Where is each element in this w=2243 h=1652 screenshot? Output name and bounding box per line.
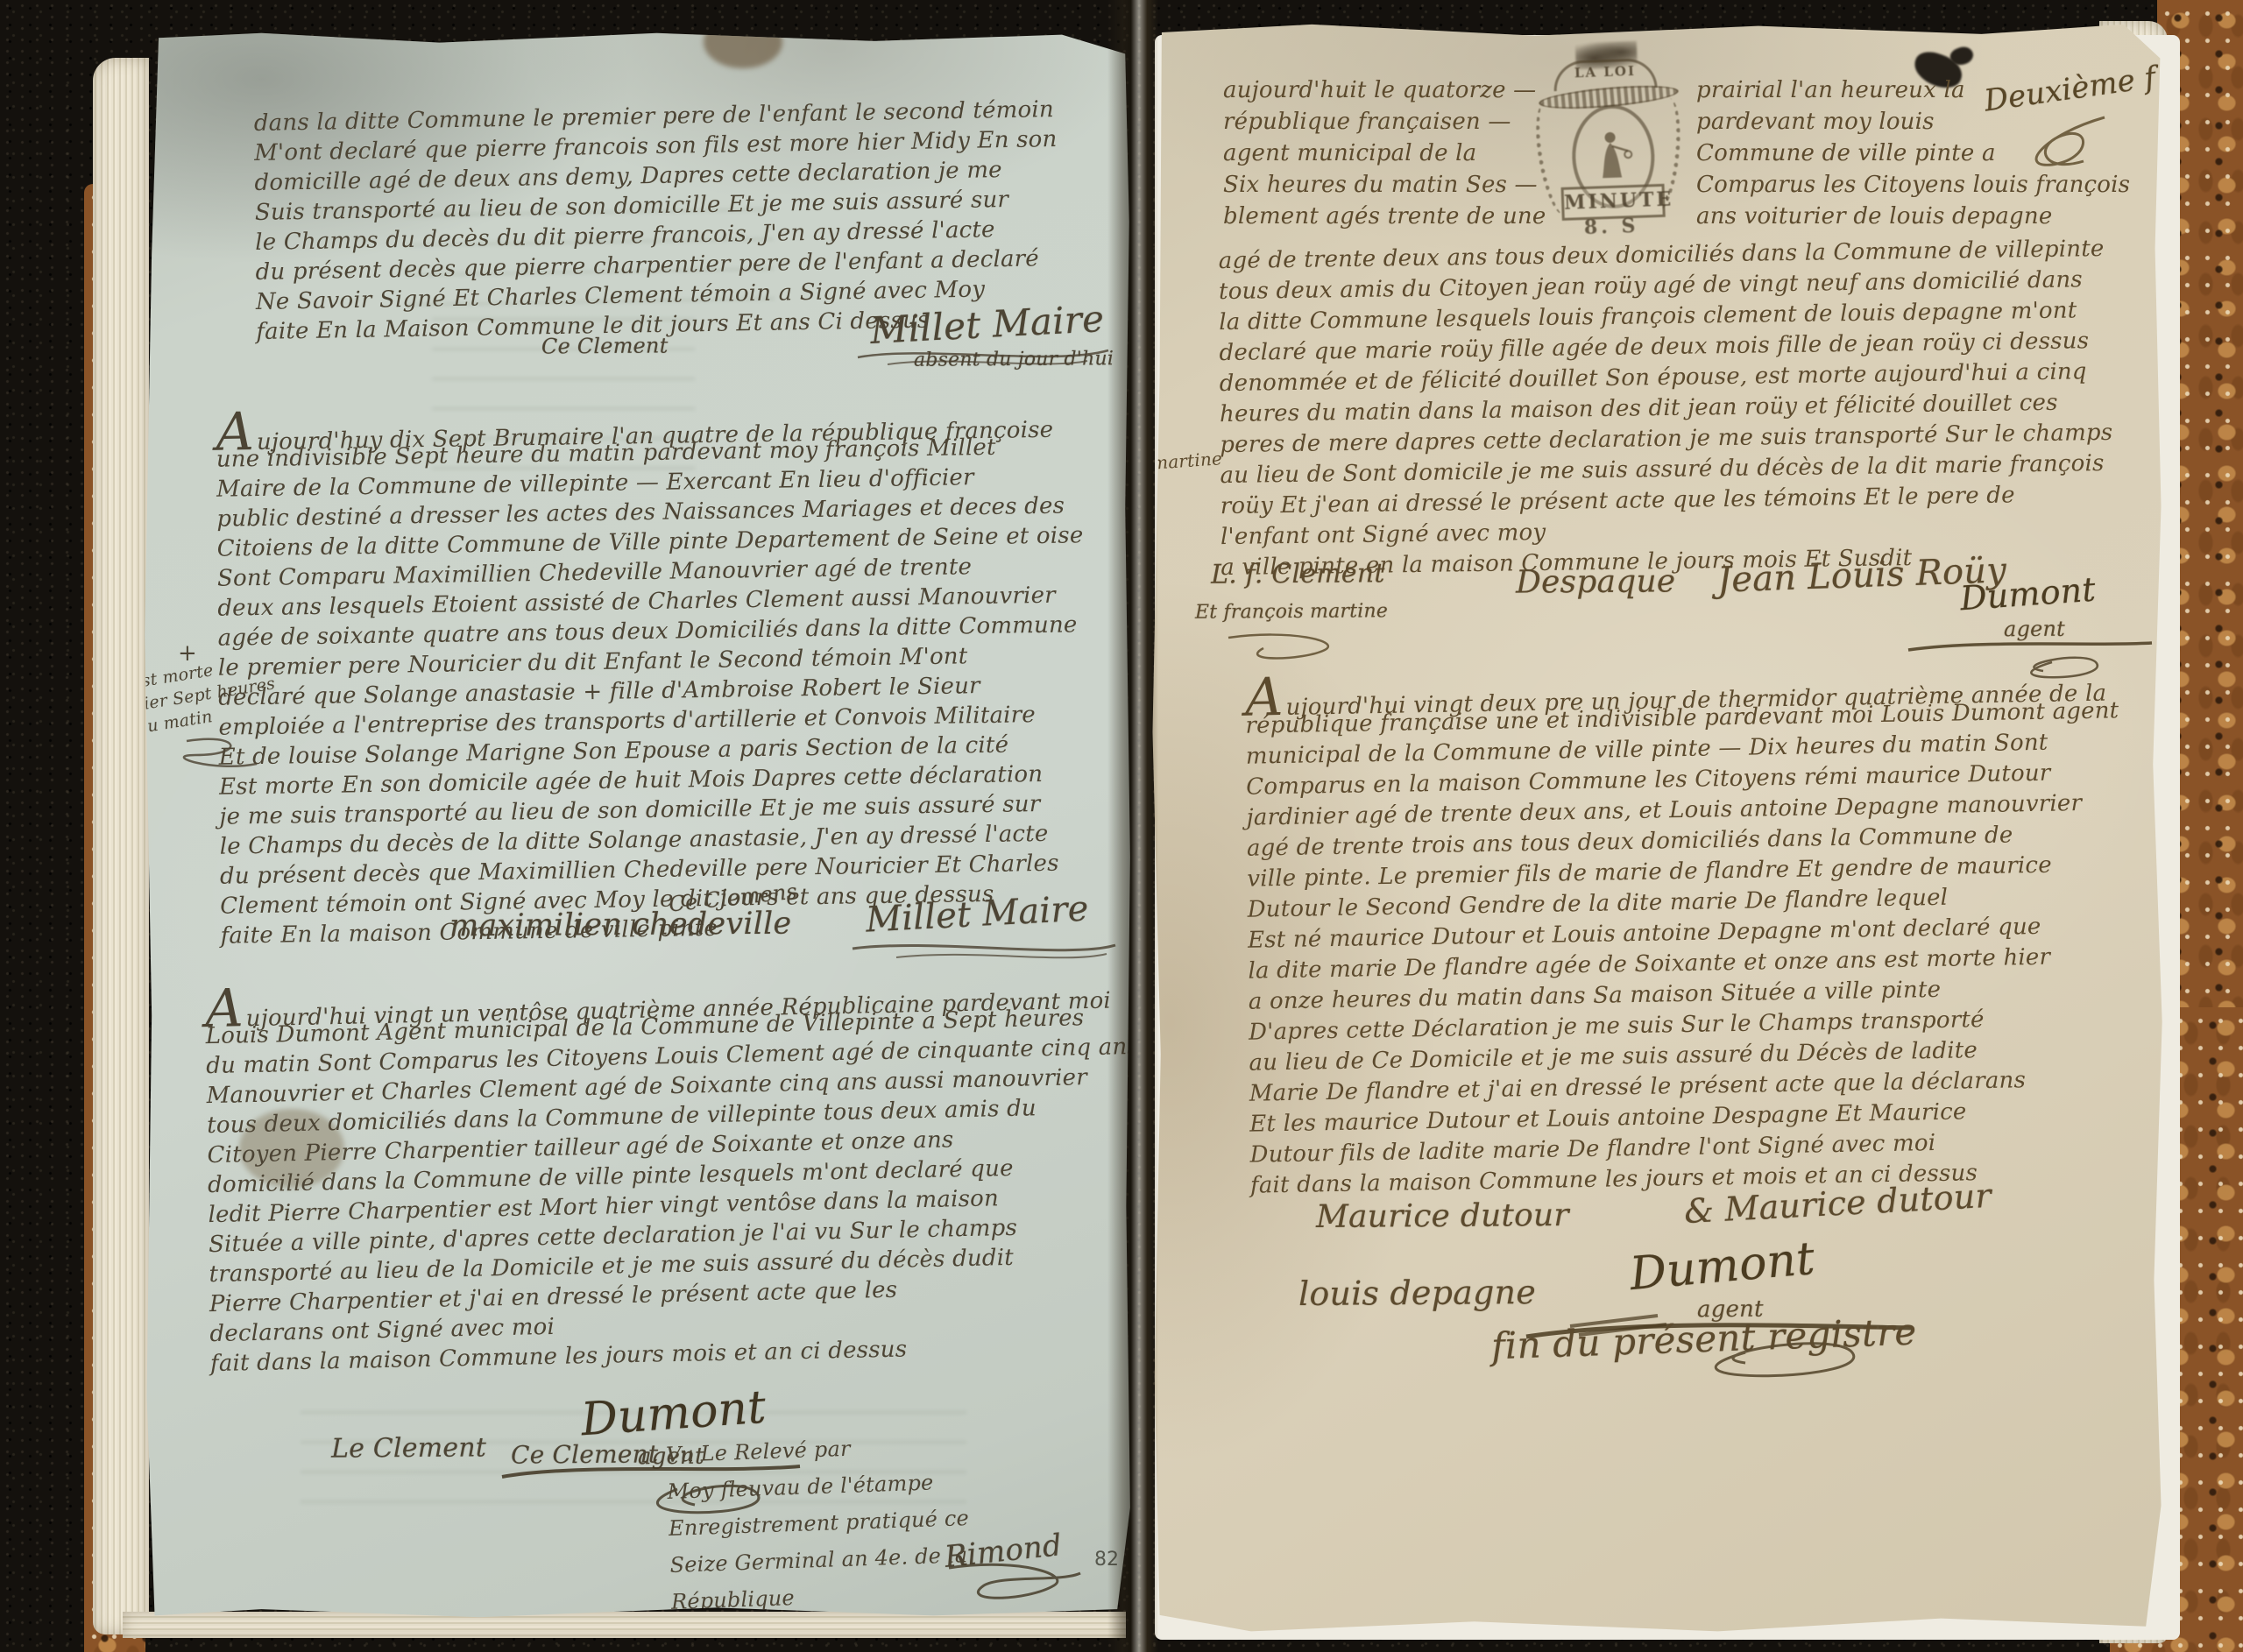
minute-revenue-stamp: LA LOI MINUTE 8. S [1519, 52, 1697, 245]
depagne-signature: louis depagne [1298, 1273, 1536, 1313]
entry-paragraph-2: Aujourd'huy dix Sept Brumaire l'an quatr… [216, 405, 1086, 949]
book-gutter [1107, 0, 1158, 1652]
split-line-right: ans voiturier de louis depagne [1696, 203, 2052, 229]
split-line-right: prairial l'an heureux la [1696, 77, 1965, 103]
witness-signature: Ce Clement [541, 333, 669, 358]
page-edges-bottom [123, 1612, 1126, 1638]
split-line-left: blement agés trente de une [1223, 203, 1546, 229]
paragraph-lines: Louis Dumont Agent municipal de la Commu… [205, 1006, 1143, 1376]
chedeville-signature: maximilien chedeville [449, 907, 792, 944]
justice-figure-icon [1592, 128, 1634, 186]
registrar-paraph [923, 1556, 1089, 1608]
paragraph-lines: république française une et indivisible … [1245, 699, 2124, 1198]
martine-signature: Et françois martine [1195, 600, 1388, 624]
entry-paragraph-r2: Aujourd'hui vingt deux pre un jour de th… [1245, 668, 2124, 1198]
agent-signature: Dumont [1959, 570, 2097, 618]
split-line-left: république françaisen — [1223, 109, 1511, 135]
ink-smudge [704, 16, 782, 68]
split-line-right: pardevant moy louis [1696, 109, 1935, 135]
clement-signature: L. f. Clement [1211, 558, 1385, 589]
signature-flourish [853, 343, 1115, 370]
margin-word: martine [1150, 448, 1222, 474]
paragraph-lines: une indivisible Sept heure du matin pard… [216, 434, 1087, 949]
signature-paraph [1220, 629, 1351, 667]
despaque-signature: Despaque [1516, 563, 1676, 600]
entry-paragraph-r1: agé de trente deux ans tous deux domicil… [1219, 237, 2114, 580]
entry-paragraph-3: Aujourd'hui vingt un ventôse quatrième a… [205, 976, 1143, 1376]
dutour-signature-a: Maurice dutour [1316, 1197, 1569, 1235]
clement-signature-a: Le Clement [331, 1432, 486, 1464]
split-line-left: Six heures du matin Ses — [1223, 172, 1538, 198]
signature-flourish [844, 938, 1124, 968]
agent-signature-2: Dumont [1628, 1232, 1817, 1301]
stamp-value: 8. S [1525, 213, 1698, 242]
page-edges-left [93, 58, 149, 1634]
split-line-left: agent municipal de la [1223, 140, 1476, 166]
split-line-right: Comparus les Citoyens louis françois [1696, 172, 2130, 198]
left-page: dans la ditte Commune le premier pere de… [143, 32, 1131, 1619]
right-page: Deuxième f LA LOI MINUTE 8. S [1150, 23, 2164, 1634]
split-line-right: Commune de ville pinte a [1696, 140, 1996, 166]
register-scan: dans la ditte Commune le premier pere de… [0, 0, 2243, 1652]
split-line-left: aujourd'huit le quatorze — [1223, 77, 1536, 103]
corner-paraph [2008, 110, 2122, 180]
